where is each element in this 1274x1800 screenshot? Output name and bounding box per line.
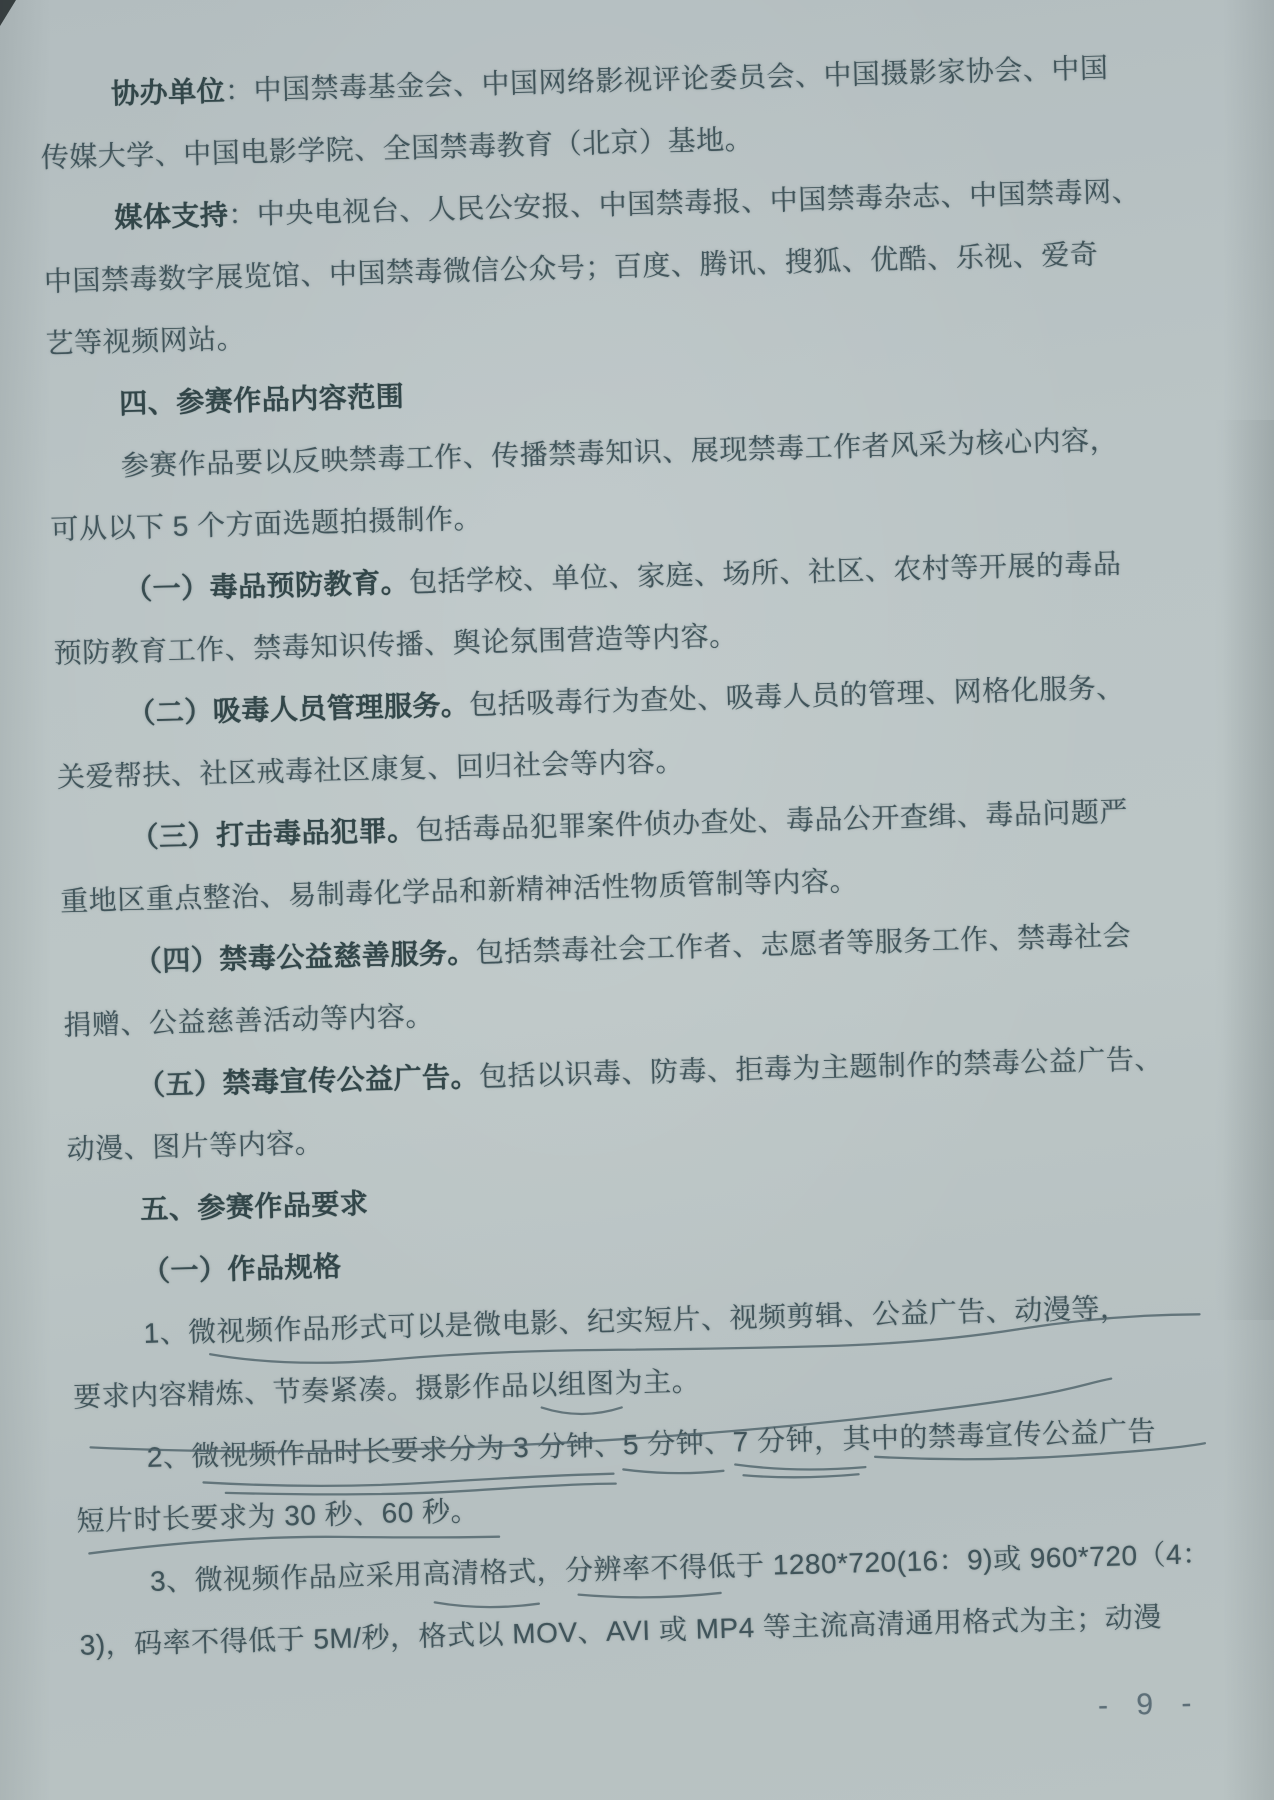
- scanned-document: { "page": { "number": "- 9 -" }, "docume…: [0, 0, 1274, 1800]
- line-text: 2、微视频作品时长要求分为 3 分钟、5 分钟、7 分钟，其中的禁毒宣传公益广告: [146, 1415, 1156, 1472]
- line-text: 传媒大学、中国电影学院、全国禁毒教育（北京）基地。: [40, 124, 753, 174]
- paragraph-label: 禁毒公益慈善服务。: [219, 937, 476, 975]
- line-text: 包括以识毒、防毒、拒毒为主题制作的禁毒公益广告、: [479, 1043, 1164, 1092]
- scan-corner-artifact: [0, 0, 16, 26]
- paragraph-enumerator: （一）: [124, 572, 210, 605]
- paragraph-label: 打击毒品犯罪。: [216, 815, 416, 851]
- line-text: 关爱帮扶、社区戒毒社区康复、回归社会等内容。: [57, 746, 685, 793]
- document-body: 协办单位：中国禁毒基金会、中国网络影视评论委员会、中国摄影家协会、中国 传媒大学…: [38, 9, 1274, 1677]
- paragraph-label: 毒品预防教育。: [209, 567, 409, 603]
- paragraph-label: 协办单位: [111, 75, 226, 109]
- line-text: 包括吸毒行为查处、吸毒人员的管理、网格化服务、: [469, 672, 1125, 720]
- line-text: 3、微视频作品应采用高清格式，分辨率不得低于 1280*720(16：9)或 9…: [150, 1538, 1211, 1597]
- line-text: ：中央电视台、人民公安报、中国禁毒报、中国禁毒杂志、中国禁毒网、: [228, 175, 1141, 230]
- paragraph-enumerator: （四）: [133, 944, 219, 977]
- paragraph-label: 吸毒人员管理服务。: [212, 689, 469, 727]
- line-text: 3)，码率不得低于 5M/秒，格式以 MOV、AVI 或 MP4 等主流高清通用…: [79, 1601, 1162, 1660]
- line-text: 捐赠、公益慈善活动等内容。: [63, 1000, 434, 1041]
- paragraph-enumerator: （五）: [137, 1068, 223, 1101]
- line-text: 1、微视频作品形式可以是微电影、纪实短片、视频剪辑、公益广告、动漫等，: [143, 1292, 1129, 1349]
- line-text: 预防教育工作、禁毒知识传播、舆论氛围营造等内容。: [53, 620, 738, 669]
- paragraph-label: 五、参赛作品要求: [140, 1188, 369, 1225]
- line-text: 中国禁毒数字展览馆、中国禁毒微信公众号；百度、腾讯、搜狐、优酷、乐视、爱奇: [44, 239, 1099, 298]
- line-text: 重地区重点整治、易制毒化学品和新精神活性物质管制等内容。: [60, 865, 859, 917]
- line-text: 参赛作品要以反映禁毒工作、传播禁毒知识、展现禁毒工作者风采为核心内容，: [121, 424, 1119, 481]
- line-text: ：中国禁毒基金会、中国网络影视评论委员会、中国摄影家协会、中国: [225, 52, 1109, 106]
- document-page: 协办单位：中国禁毒基金会、中国网络影视评论委员会、中国摄影家协会、中国 传媒大学…: [38, 9, 1274, 1677]
- paragraph-label: 四、参赛作品内容范围: [119, 381, 405, 419]
- paragraph-enumerator: （二）: [127, 696, 213, 729]
- line-text: 包括毒品犯罪案件侦办查处、毒品公开查缉、毒品问题严: [415, 796, 1128, 846]
- line-text: 包括学校、单位、家庭、场所、社区、农村等开展的毒品: [409, 548, 1122, 598]
- line-text: 要求内容精炼、节奏紧凑。摄影作品以组图为主。: [73, 1365, 701, 1412]
- paragraph-enumerator: （三）: [130, 820, 216, 853]
- line-text: 艺等视频网站。: [45, 323, 245, 359]
- line-text: 可从以下 5 个方面选题拍摄制作。: [50, 503, 482, 545]
- line-text: 包括禁毒社会工作者、志愿者等服务工作、禁毒社会: [475, 920, 1131, 968]
- line-text: 短片时长要求为 30 秒、60 秒。: [76, 1495, 479, 1537]
- page-number: - 9 -: [1098, 1687, 1202, 1724]
- line-text: 动漫、图片等内容。: [66, 1127, 323, 1165]
- paragraph-enumerator: （一）: [142, 1254, 228, 1287]
- paragraph-label: 作品规格: [227, 1251, 342, 1285]
- paragraph-label: 禁毒宣传公益广告。: [222, 1061, 479, 1099]
- paragraph-label: 媒体支持: [114, 199, 229, 233]
